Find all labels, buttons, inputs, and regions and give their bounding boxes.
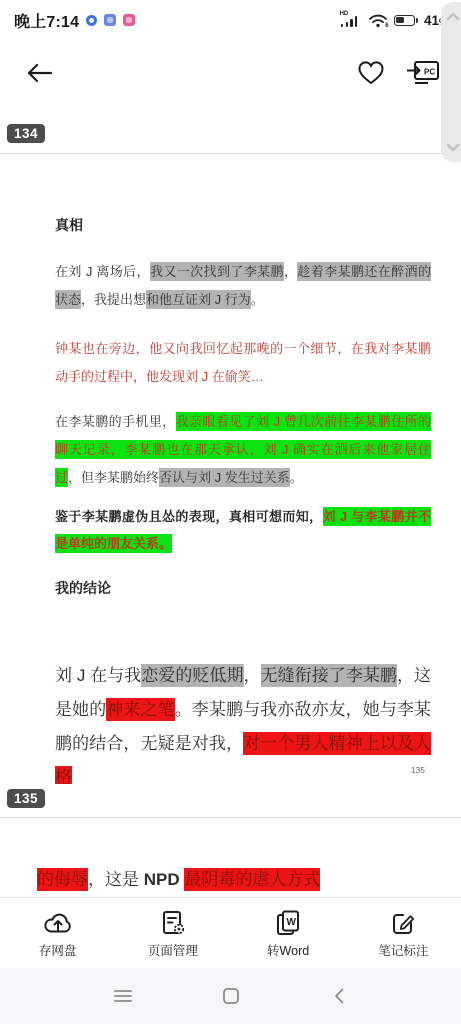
text-segment: 在刘 J 离场后， [55,264,150,279]
text-segment: 真相 [55,217,83,233]
back-arrow-icon [26,62,52,84]
text-segment: 在李某鹏的手机里， [55,414,176,429]
text-segment: ，这是 [88,870,144,889]
svg-text:PC: PC [424,68,435,77]
text-segment: ， [244,666,261,685]
note-annotate-icon [389,910,417,936]
toolbar-item-label: 存网盘 [39,941,77,959]
bottom-toolbar: 存网盘 页面管理 W 转Word 笔记标注 [0,897,461,968]
status-bar: 晚上7:14 HD 6 41% [0,0,461,40]
text-segment: 和他互证刘 J 行为 [146,290,251,309]
to-word-button[interactable]: W 转Word [231,898,346,968]
cell-signal-icon: HD [340,12,362,28]
back-button[interactable] [22,56,56,90]
chevron-down-icon[interactable] [446,143,460,152]
text-segment: 我又一次找到了李某鹏 [150,262,284,281]
page-manage-button[interactable]: 页面管理 [115,898,230,968]
notification-app2-icon [123,14,135,26]
save-to-cloud-button[interactable]: 存网盘 [0,898,115,968]
toolbar-item-label: 转Word [267,941,309,959]
notification-dot-icon [86,15,97,26]
page-badge: 135 [7,789,45,808]
home-square-icon [222,987,240,1005]
home-button[interactable] [213,978,249,1014]
menu-icon [113,988,133,1004]
heart-icon [357,60,385,86]
page-manage-icon [159,910,187,936]
text-segment: 最阴毒的虐人方式 [184,868,320,891]
send-to-pc-button[interactable]: PC [403,55,443,91]
text-segment: 钟某也在旁边，他又向我回忆起那晚的一个细节，在我对李某鹏动手的过程中，他发现刘 … [55,341,431,384]
svg-text:W: W [287,917,297,928]
text-segment: NPD [144,870,180,889]
paragraph: 在李某鹏的手机里，我亲眼看见了刘 J 曾几次前往李某鹏住所的聊天记录，李某鹏也在… [55,408,431,492]
text-segment: 。 [251,292,264,307]
note-annotate-button[interactable]: 笔记标注 [346,898,461,968]
send-to-pc-icon: PC [406,59,440,87]
to-word-icon: W [274,910,302,936]
text-segment: 刘 J 在与我 [55,666,141,685]
section-heading: 真相 [55,216,431,234]
chevron-left-icon [333,987,345,1005]
paragraph: 的侮辱，这是 NPD 最阴毒的虐人方式 [37,864,441,895]
document-page[interactable]: 真相在刘 J 离场后，我又一次找到了李某鹏，趁着李某鹏还在醉酒的状态，我提出想和… [0,153,461,784]
paragraph: 钟某也在旁边，他又向我回忆起那晚的一个细节，在我对李某鹏动手的过程中，他发现刘 … [55,335,431,391]
notification-app-icon [104,14,116,26]
android-nav-bar [0,967,461,1024]
page-badge: 134 [7,124,45,143]
text-segment: ， [284,264,297,279]
app-header: PC [0,46,461,100]
cloud-upload-icon [43,910,73,936]
document-page[interactable]: 的侮辱，这是 NPD 最阴毒的虐人方式 [0,817,461,898]
text-segment: ，我提出想 [81,292,146,307]
back-nav-button[interactable] [321,978,357,1014]
quick-scroll-widget[interactable] [441,2,461,162]
text-segment: 我的结论 [55,580,111,596]
paragraph: 在刘 J 离场后，我又一次找到了李某鹏，趁着李某鹏还在醉酒的状态，我提出想和他互… [55,258,431,314]
toolbar-item-label: 笔记标注 [378,941,428,959]
paragraph: 刘 J 在与我恋爱的贬低期，无缝衔接了李某鹏，这是她的神来之笔。李某鹏与我亦敌亦… [55,659,431,784]
text-segment: 恋爱的贬低期 [141,664,243,687]
favorite-button[interactable] [353,55,389,91]
battery-icon [394,15,418,26]
clock: 晚上7:14 [14,9,79,32]
page-number-footer: 135 [411,765,425,775]
text-segment: 鉴于李某鹏虚伪且怂的表现，真相可想而知， [55,509,323,524]
text-segment: ，但李某鹏始终 [68,470,159,485]
section-heading: 我的结论 [55,579,431,597]
text-segment: 的侮辱 [37,868,88,891]
text-segment: 。 [290,470,303,485]
recents-button[interactable] [105,978,141,1014]
text-segment: 神来之笔 [106,698,174,721]
wifi-icon: 6 [368,12,388,28]
toolbar-item-label: 页面管理 [148,941,198,959]
chevron-up-icon[interactable] [446,12,460,21]
text-segment: 否认与刘 J 发生过关系 [159,468,290,487]
paragraph: 鉴于李某鹏虚伪且怂的表现，真相可想而知，刘 J 与李某鹏并不是单纯的朋友关系。 [55,503,431,557]
text-segment: 无缝衔接了李某鹏 [261,664,397,687]
